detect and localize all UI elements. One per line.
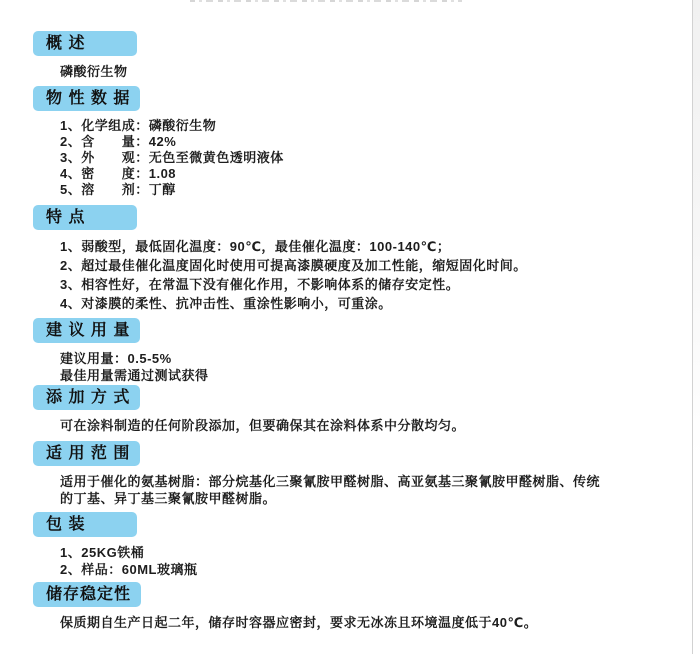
scrollbar-track[interactable] [692, 0, 700, 654]
datasheet-content: 概 述 磷酸衍生物 物 性 数 据 1、化学组成：磷酸衍生物2、含 量：42%3… [33, 31, 673, 637]
section-body: 1、25KG铁桶2、样品：60ML玻璃瓶 [60, 544, 673, 578]
text-line: 1、25KG铁桶 [60, 544, 673, 561]
text-line: 保质期自生产日起二年，储存时容器应密封，要求无冰冻且环境温度低于40℃。 [60, 614, 673, 631]
text-line: 建议用量：0.5-5% [60, 350, 673, 367]
product-datasheet-page: 概 述 磷酸衍生物 物 性 数 据 1、化学组成：磷酸衍生物2、含 量：42%3… [0, 0, 700, 654]
text-line: 2、超过最佳催化温度固化时使用可提高漆膜硬度及加工性能，缩短固化时间。 [60, 256, 673, 275]
section-features: 特 点 1、弱酸型，最低固化温度：90℃，最佳催化温度：100-140℃；2、超… [33, 205, 673, 313]
text-line: 5、溶 剂：丁醇 [60, 182, 673, 198]
section-packaging: 包 装 1、25KG铁桶2、样品：60ML玻璃瓶 [33, 512, 673, 578]
text-line: 2、含 量：42% [60, 134, 673, 150]
section-recommended-dosage: 建 议 用 量 建议用量：0.5-5%最佳用量需通过测试获得 [33, 318, 673, 384]
text-line: 的丁基、异丁基三聚氰胺甲醛树脂。 [60, 490, 673, 507]
section-title-recommended-dosage: 建 议 用 量 [33, 318, 140, 343]
text-line: 适用于催化的氨基树脂：部分烷基化三聚氰胺甲醛树脂、高亚氨基三聚氰胺甲醛树脂、传统 [60, 473, 673, 490]
section-title-addition-method: 添 加 方 式 [33, 385, 140, 410]
section-title-storage-stability: 储存稳定性 [33, 582, 141, 607]
section-body: 1、弱酸型，最低固化温度：90℃，最佳催化温度：100-140℃；2、超过最佳催… [60, 237, 673, 313]
section-body: 适用于催化的氨基树脂：部分烷基化三聚氰胺甲醛树脂、高亚氨基三聚氰胺甲醛树脂、传统… [60, 473, 673, 507]
text-line: 磷酸衍生物 [60, 63, 673, 80]
section-physical-properties: 物 性 数 据 1、化学组成：磷酸衍生物2、含 量：42%3、外 观：无色至微黄… [33, 86, 673, 198]
section-overview: 概 述 磷酸衍生物 [33, 31, 673, 80]
text-line: 1、弱酸型，最低固化温度：90℃，最佳催化温度：100-140℃； [60, 237, 673, 256]
section-application-scope: 适 用 范 围 适用于催化的氨基树脂：部分烷基化三聚氰胺甲醛树脂、高亚氨基三聚氰… [33, 441, 673, 507]
section-body: 可在涂料制造的任何阶段添加，但要确保其在涂料体系中分散均匀。 [60, 417, 673, 434]
text-line: 3、外 观：无色至微黄色透明液体 [60, 150, 673, 166]
text-line: 3、相容性好，在常温下没有催化作用，不影响体系的储存安定性。 [60, 275, 673, 294]
text-line: 最佳用量需通过测试获得 [60, 367, 673, 384]
text-line: 可在涂料制造的任何阶段添加，但要确保其在涂料体系中分散均匀。 [60, 417, 673, 434]
section-storage-stability: 储存稳定性 保质期自生产日起二年，储存时容器应密封，要求无冰冻且环境温度低于40… [33, 582, 673, 631]
text-line: 1、化学组成：磷酸衍生物 [60, 118, 673, 134]
section-title-packaging: 包 装 [33, 512, 137, 537]
section-body: 保质期自生产日起二年，储存时容器应密封，要求无冰冻且环境温度低于40℃。 [60, 614, 673, 631]
text-line: 4、密 度：1.08 [60, 166, 673, 182]
cropped-text-artifact [190, 0, 462, 2]
section-body: 磷酸衍生物 [60, 63, 673, 80]
section-title-features: 特 点 [33, 205, 137, 230]
section-title-physical-properties: 物 性 数 据 [33, 86, 140, 111]
text-line: 2、样品：60ML玻璃瓶 [60, 561, 673, 578]
section-title-application-scope: 适 用 范 围 [33, 441, 140, 466]
text-line: 4、对漆膜的柔性、抗冲击性、重涂性影响小，可重涂。 [60, 294, 673, 313]
section-body: 建议用量：0.5-5%最佳用量需通过测试获得 [60, 350, 673, 384]
section-addition-method: 添 加 方 式 可在涂料制造的任何阶段添加，但要确保其在涂料体系中分散均匀。 [33, 385, 673, 434]
section-title-overview: 概 述 [33, 31, 137, 56]
section-body: 1、化学组成：磷酸衍生物2、含 量：42%3、外 观：无色至微黄色透明液体4、密… [60, 118, 673, 198]
